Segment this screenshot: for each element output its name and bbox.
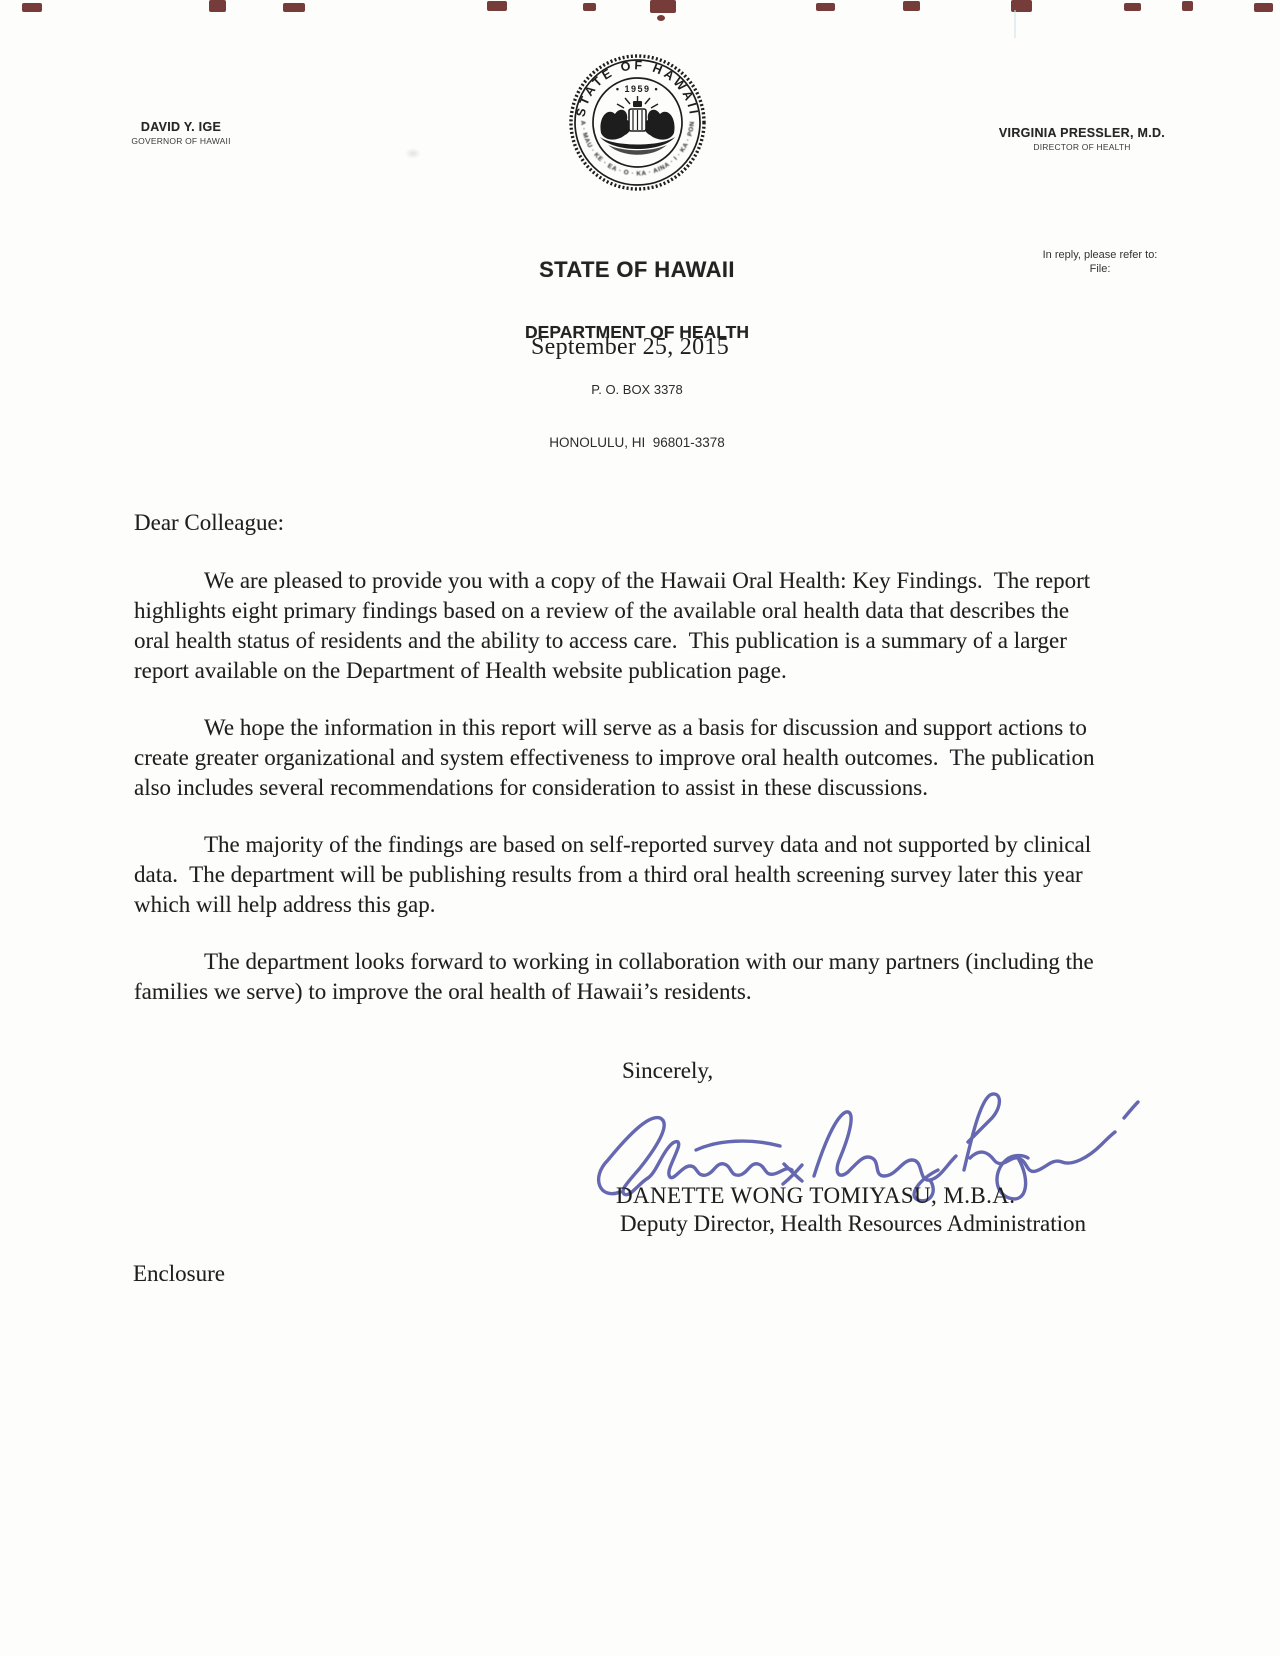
scan-artifact [816,3,835,11]
paragraph: The majority of the findings are based o… [134,830,1110,920]
reply-reference-block: In reply, please refer to: File: [1005,248,1195,276]
scan-artifact [657,15,665,21]
reply-reference-file: File: [1005,262,1195,276]
director-block: VIRGINIA PRESSLER, M.D. DIRECTOR OF HEAL… [994,126,1170,152]
seal-year: • 1959 • [616,84,659,94]
reply-reference-line: In reply, please refer to: [1005,248,1195,262]
scan-artifact [1254,3,1273,12]
scan-artifact [1124,3,1141,11]
director-name: VIRGINIA PRESSLER, M.D. [994,126,1170,140]
letter-page: DAVID Y. IGE GOVERNOR OF HAWAII VIRGINIA… [0,0,1280,1656]
org-city-line: HONOLULU, HI 96801-3378 [477,435,797,450]
governor-block: DAVID Y. IGE GOVERNOR OF HAWAII [118,120,244,146]
closing-salutation: Sincerely, [622,1058,713,1084]
enclosure-note: Enclosure [133,1261,225,1287]
scan-artifact [650,0,676,13]
scan-artifact [22,3,42,12]
org-po-box: P. O. BOX 3378 [477,382,797,397]
letter-body: Dear Colleague: We are pleased to provid… [134,508,1110,1007]
paragraph: The department looks forward to working … [134,947,1110,1007]
director-title: DIRECTOR OF HEALTH [994,142,1170,152]
paragraph: We are pleased to provide you with a cop… [134,566,1110,686]
state-of-hawaii-seal-icon: STATE OF HAWAII UA · MAU · KE · EA · O ·… [552,37,723,208]
scan-artifact [405,148,421,159]
scan-artifact [487,1,507,11]
governor-title: GOVERNOR OF HAWAII [118,136,244,146]
seal-emblem [600,96,675,155]
scan-artifact [209,0,226,12]
org-state-line: STATE OF HAWAII [477,257,797,283]
paragraph: We hope the information in this report w… [134,713,1110,803]
scan-artifact [1182,1,1193,11]
scan-artifact [583,3,596,11]
letter-date: September 25, 2015 [0,334,1260,361]
signer-name: DANETTE WONG TOMIYASU, M.B.A. [616,1183,1015,1209]
salutation: Dear Colleague: [134,508,1110,538]
signer-title: Deputy Director, Health Resources Admini… [620,1211,1086,1237]
scan-artifact [283,3,305,12]
scan-artifact [1014,10,1016,38]
scan-artifact [903,1,920,11]
governor-name: DAVID Y. IGE [118,120,244,134]
